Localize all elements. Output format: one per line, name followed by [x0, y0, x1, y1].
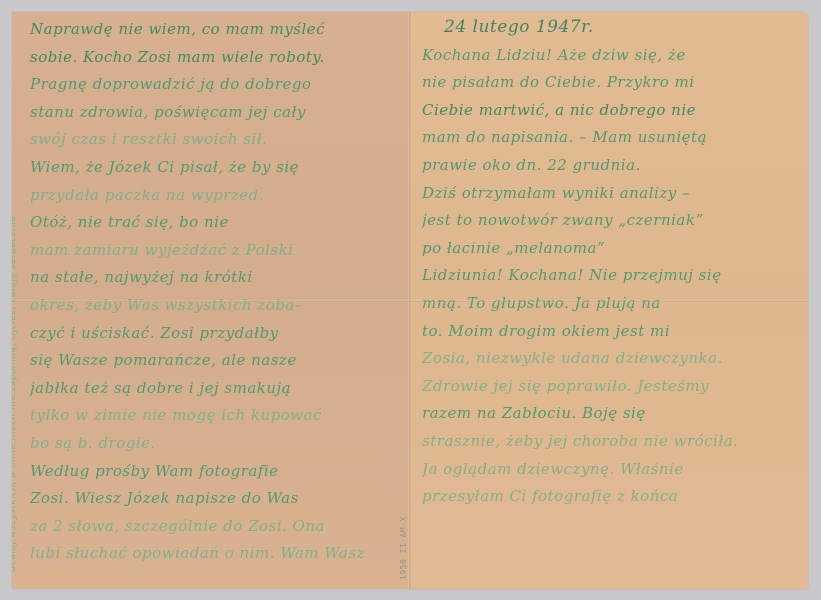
- horizontal-fold: [12, 300, 808, 303]
- text-line: po łacinie „melanoma”: [422, 235, 802, 263]
- text-line: Pragnę doprowadzić ją do dobrego: [30, 71, 402, 99]
- text-line: Lidziunia! Kochana! Nie przejmuj się: [422, 262, 802, 290]
- text-line: mam do napisania. – Mam usuniętą: [422, 124, 802, 152]
- text-line: Ja oglądam dziewczynę. Właśnie: [422, 456, 802, 484]
- left-page-text: Naprawdę nie wiem, co mam myśleć sobie. …: [30, 16, 402, 568]
- text-line: Zosi. Wiesz Józek napisze do Was: [30, 485, 402, 513]
- text-line: Naprawdę nie wiem, co mam myśleć: [30, 16, 402, 44]
- letter-date: 24 lutego 1947r.: [422, 14, 802, 42]
- letter-sheet: Ucałuj wszystkich, a mnie niech nie zapo…: [12, 12, 808, 589]
- text-line: za 2 słowa, szczególnie do Zosi. Ona: [30, 513, 402, 541]
- text-line: prawie oko dn. 22 grudnia.: [422, 152, 802, 180]
- text-line: Wiem, że Józek Ci pisał, że by się: [30, 154, 402, 182]
- text-line: Kochana Lidziu! Aże dziw się, że: [422, 42, 802, 70]
- text-line: nie pisałam do Ciebie. Przykro mi: [422, 69, 802, 97]
- text-line: razem na Zabłociu. Boję się: [422, 400, 802, 428]
- text-line: bo są b. drogie.: [30, 430, 402, 458]
- text-line: czyć i uściskać. Zosi przydałby: [30, 320, 402, 348]
- text-line: tylko w zimie nie mogę ich kupować: [30, 402, 402, 430]
- document-scan: Ucałuj wszystkich, a mnie niech nie zapo…: [0, 0, 821, 600]
- text-line: mam zamiaru wyjeżdżać z Polski: [30, 237, 402, 265]
- right-page-text: 24 lutego 1947r. Kochana Lidziu! Aże dzi…: [422, 14, 802, 511]
- text-line: sobie. Kocho Zosi mam wiele roboty.: [30, 44, 402, 72]
- text-line: się Wasze pomarańcze, ale nasze: [30, 347, 402, 375]
- text-line: strasznie, żeby jej choroba nie wróciła.: [422, 428, 802, 456]
- text-line: na stałe, najwyżej na krótki: [30, 264, 402, 292]
- text-line: stanu zdrowia, poświęcam jej cały: [30, 99, 402, 127]
- text-line: Dziś otrzymałam wyniki analizy –: [422, 180, 802, 208]
- text-line: mną. To głupstwo. Ja plują na: [422, 290, 802, 318]
- text-line: lubi słuchać opowiadań o nim. Wam Wasz: [30, 540, 402, 568]
- text-line: jabłka też są dobre i jej smakują: [30, 375, 402, 403]
- text-line: Według prośby Wam fotografie: [30, 458, 402, 486]
- text-line: przesyłam Ci fotografię z końca: [422, 483, 802, 511]
- text-line: Otóż, nie trać się, bo nie: [30, 209, 402, 237]
- text-line: jest to nowotwór zwany „czerniak”: [422, 207, 802, 235]
- text-line: Zosia, niezwykle udana dziewczynka.: [422, 345, 802, 373]
- text-line: to. Moim drogim okiem jest mi: [422, 318, 802, 346]
- text-line: przydała paczka na wyprzed.: [30, 182, 402, 210]
- text-line: Zdrowie jej się poprawiło. Jesteśmy: [422, 373, 802, 401]
- text-line: Ciebie martwić, a nic dobrego nie: [422, 97, 802, 125]
- text-line: swój czas i resztki swoich sił.: [30, 126, 402, 154]
- text-line: okres, żeby Was wszystkich zoba-: [30, 292, 402, 320]
